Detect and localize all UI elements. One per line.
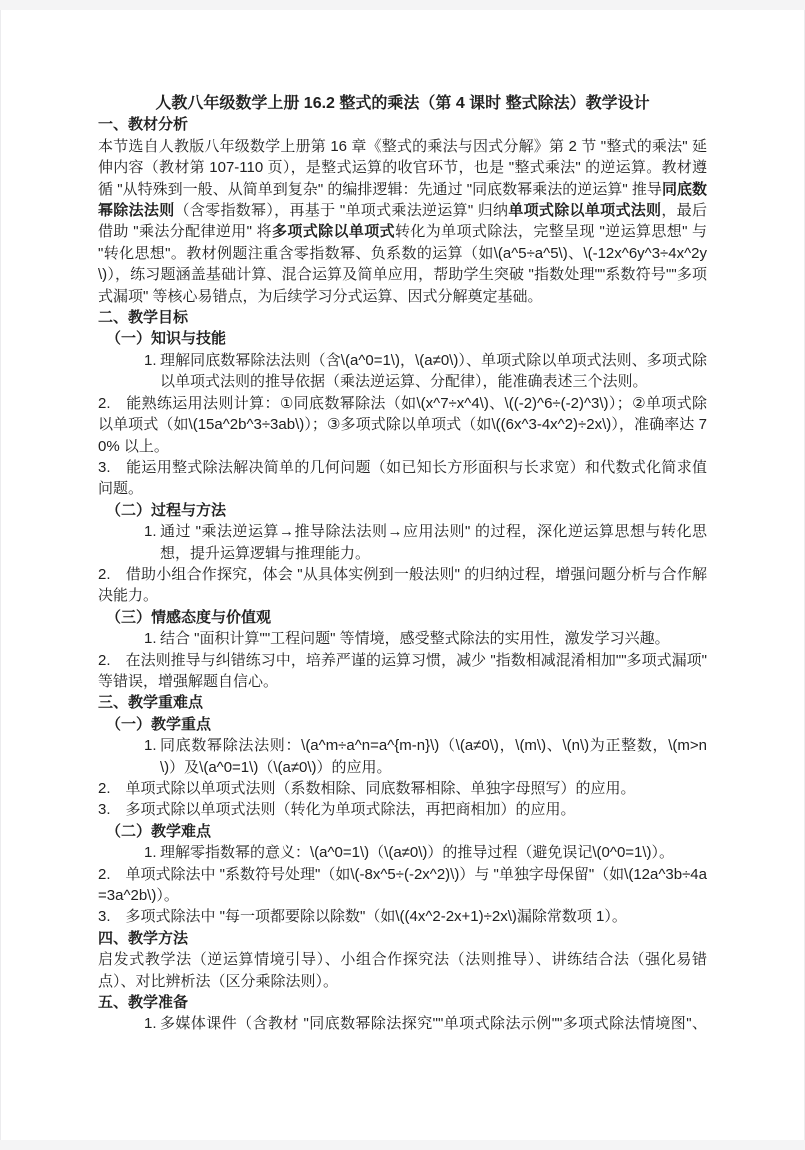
numbered-paragraph: 2. 能熟练运用法则计算：①同底数幂除法（如\(x^7÷x^4\)、\((-2)… xyxy=(98,393,707,457)
numbered-paragraph: 2. 单项式除以单项式法则（系数相除、同底数幂相除、单独字母照写）的应用。 xyxy=(98,778,707,799)
numbered-list-item: 1. 理解零指数幂的意义：\(a^0=1\)（\(a≠0\)）的推导过程（避免误… xyxy=(98,842,707,863)
section-3-sub-1-heading: （一）教学重点 xyxy=(98,714,707,735)
numbered-list-item: 1. 结合 "面积计算""工程问题" 等情境，感受整式除法的实用性，激发学习兴趣… xyxy=(98,628,707,649)
section-4-paragraph: 启发式教学法（逆运算情境引导）、小组合作探究法（法则推导）、讲练结合法（强化易错… xyxy=(98,949,707,992)
numbered-list-item: 1. 理解同底数幂除法法则（含\(a^0=1\)，\(a≠0\)）、单项式除以单… xyxy=(98,350,707,393)
section-2-heading: 二、教学目标 xyxy=(98,307,707,328)
section-5-heading: 五、教学准备 xyxy=(98,992,707,1013)
text-run: 本节选自人教版八年级数学上册第 16 章《整式的乘法与因式分解》第 2 节 "整… xyxy=(98,138,707,198)
numbered-paragraph: 2. 借助小组合作探究，体会 "从具体实例到一般法则" 的归纳过程，增强问题分析… xyxy=(98,564,707,607)
item-text: 理解同底数幂除法法则（含\(a^0=1\)，\(a≠0\)）、单项式除以单项式法… xyxy=(160,350,707,393)
document-title: 人教八年级数学上册 16.2 整式的乘法（第 4 课时 整式除法）教学设计 xyxy=(98,93,707,114)
text-run: （含零指数幂），再基于 "单项式乘法逆运算" 归纳 xyxy=(175,202,509,219)
numbered-paragraph: 3. 多项式除以单项式法则（转化为单项式除法，再把商相加）的应用。 xyxy=(98,799,707,820)
item-text: 同底数幂除法法则：\(a^m÷a^n=a^{m-n}\)（\(a≠0\)，\(m… xyxy=(160,735,707,778)
item-number: 1. xyxy=(144,521,160,564)
section-3-heading: 三、教学重难点 xyxy=(98,692,707,713)
section-2-sub-3-heading: （三）情感态度与价值观 xyxy=(98,607,707,628)
item-text: 理解零指数幂的意义：\(a^0=1\)（\(a≠0\)）的推导过程（避免误记\(… xyxy=(160,842,707,863)
item-text: 通过 "乘法逆运算→推导除法法则→应用法则" 的过程，深化逆运算思想与转化思想，… xyxy=(160,521,707,564)
section-1-heading: 一、教材分析 xyxy=(98,114,707,135)
item-number: 1. xyxy=(144,735,160,778)
bold-text-run: 多项式除以单项式 xyxy=(272,223,395,240)
section-1-paragraph: 本节选自人教版八年级数学上册第 16 章《整式的乘法与因式分解》第 2 节 "整… xyxy=(98,136,707,307)
document-page: 人教八年级数学上册 16.2 整式的乘法（第 4 课时 整式除法）教学设计 一、… xyxy=(0,10,805,1140)
numbered-paragraph: 3. 多项式除法中 "每一项都要除以除数"（如\((4x^2-2x+1)÷2x\… xyxy=(98,906,707,927)
item-number: 1. xyxy=(144,842,160,863)
numbered-paragraph: 3. 能运用整式除法解决简单的几何问题（如已知长方形面积与长求宽）和代数式化简求… xyxy=(98,457,707,500)
item-number: 1. xyxy=(144,1013,160,1034)
bold-text-run: 单项式除以单项式法则 xyxy=(508,202,661,219)
section-2-sub-1-heading: （一）知识与技能 xyxy=(98,328,707,349)
numbered-paragraph: 2. 在法则推导与纠错练习中，培养严谨的运算习惯，减少 "指数相减混淆相加""多… xyxy=(98,650,707,693)
numbered-list-item: 1. 多媒体课件（含教材 "同底数幂除法探究""单项式除法示例""多项式除法情境… xyxy=(98,1013,707,1034)
section-2-sub-2-heading: （二）过程与方法 xyxy=(98,500,707,521)
numbered-paragraph: 2. 单项式除法中 "系数符号处理"（如\(-8x^5÷(-2x^2)\)）与 … xyxy=(98,864,707,907)
section-4-heading: 四、教学方法 xyxy=(98,928,707,949)
item-number: 1. xyxy=(144,350,160,393)
item-text: 结合 "面积计算""工程问题" 等情境，感受整式除法的实用性，激发学习兴趣。 xyxy=(160,628,707,649)
item-number: 1. xyxy=(144,628,160,649)
item-text: 多媒体课件（含教材 "同底数幂除法探究""单项式除法示例""多项式除法情境图"、 xyxy=(160,1013,707,1034)
numbered-list-item: 1. 同底数幂除法法则：\(a^m÷a^n=a^{m-n}\)（\(a≠0\)，… xyxy=(98,735,707,778)
numbered-list-item: 1. 通过 "乘法逆运算→推导除法法则→应用法则" 的过程，深化逆运算思想与转化… xyxy=(98,521,707,564)
section-3-sub-2-heading: （二）教学难点 xyxy=(98,821,707,842)
